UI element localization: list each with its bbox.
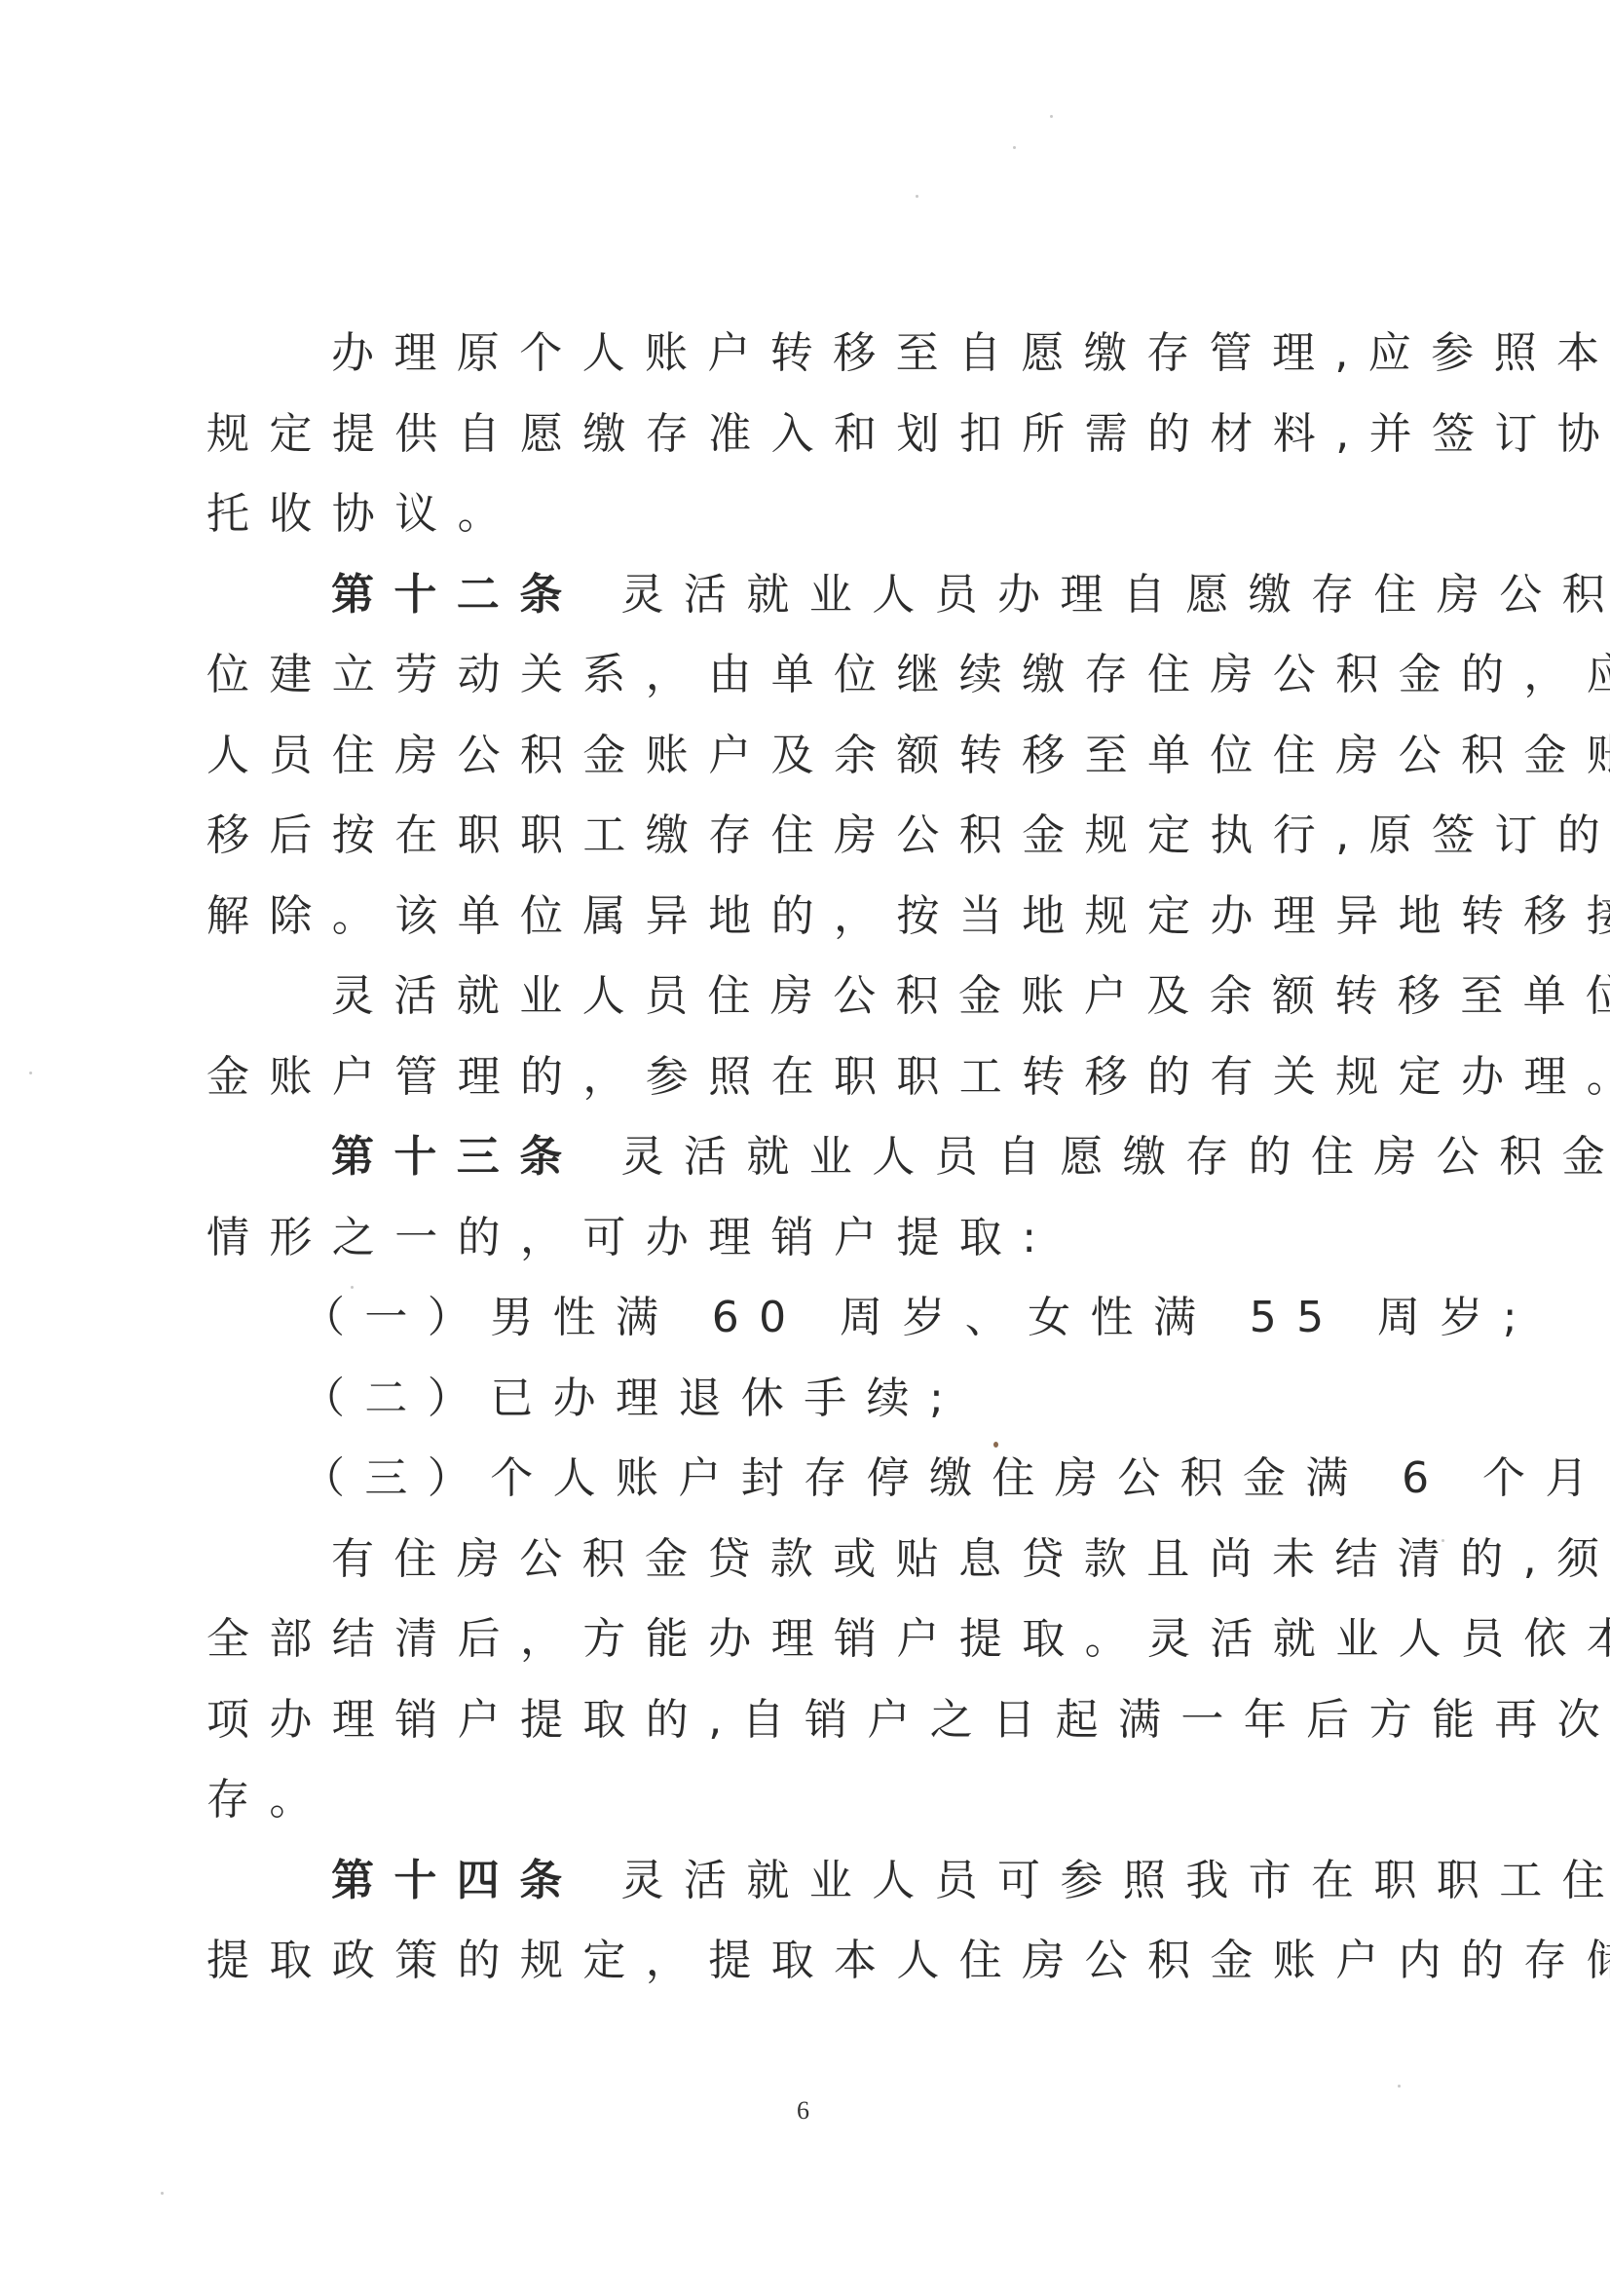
scan-speck — [916, 195, 918, 198]
line-text: 金账户管理的，参照在职职工转移的有关规定办理。 — [206, 1052, 1610, 1102]
line-text: 移后按在职职工缴存住房公积金规定执行,原签订的协议书自动 — [206, 810, 1610, 860]
line-text: 项办理销户提取的,自销户之日起满一年后方能再次申请自愿缴 — [206, 1695, 1610, 1745]
paragraph-line: 提取政策的规定，提取本人住房公积金账户内的存储余额，有住 — [206, 1937, 1404, 2017]
list-item: （一）男性满 60 周岁、女性满 55 周岁; — [206, 1294, 1404, 1374]
list-item: （二）已办理退休手续; — [206, 1374, 1404, 1455]
list-item: （三）个人账户封存停缴住房公积金满 6 个月的。 — [206, 1454, 1404, 1535]
scan-speck — [1398, 2085, 1401, 2088]
line-text: 提取政策的规定，提取本人住房公积金账户内的存储余额，有住 — [206, 1936, 1610, 1985]
line-text: 情形之一的，可办理销户提取: — [206, 1213, 1056, 1262]
line-text: （三）个人账户封存停缴住房公积金满 6 个月的。 — [302, 1453, 1610, 1503]
paragraph-line: 解除。该单位属异地的，按当地规定办理异地转移接续。 — [206, 892, 1404, 973]
scan-speck — [161, 2192, 164, 2195]
line-text: 灵活就业人员办理自愿缴存住房公积金后与单 — [621, 570, 1610, 620]
paragraph-line: 存。 — [206, 1776, 1404, 1857]
paragraph-line: 全部结清后，方能办理销户提取。灵活就业人员依本条第（三） — [206, 1615, 1404, 1696]
scan-speck — [1442, 1539, 1444, 1542]
article-heading: 第十四条 — [331, 1856, 582, 1905]
paragraph-line: 托收协议。 — [206, 490, 1404, 571]
paragraph-line: 有住房公积金贷款或贴息贷款且尚未结清的,须在贷款本息 — [206, 1535, 1404, 1616]
line-text: 人员住房公积金账户及余额转移至单位住房公积金账户管理，转 — [206, 731, 1610, 780]
paragraph-line: 位建立劳动关系，由单位继续缴存住房公积金的，应将灵活就业 — [206, 651, 1404, 732]
article-13-line: 第十三条灵活就业人员自愿缴存的住房公积金符合以下 — [206, 1133, 1404, 1214]
line-text: 办理原个人账户转移至自愿缴存管理,应参照本办法第八条 — [331, 328, 1610, 378]
article-heading: 第十三条 — [331, 1132, 582, 1182]
line-text: 有住房公积金贷款或贴息贷款且尚未结清的,须在贷款本息 — [331, 1534, 1610, 1584]
line-text: 灵活就业人员可参照我市在职职工住房公积金 — [621, 1856, 1610, 1905]
scan-speck — [1013, 146, 1016, 149]
article-heading: 第十二条 — [331, 570, 582, 620]
scan-speck — [993, 1442, 998, 1448]
paragraph-line: 金账户管理的，参照在职职工转移的有关规定办理。 — [206, 1053, 1404, 1134]
article-12-line: 第十二条灵活就业人员办理自愿缴存住房公积金后与单 — [206, 571, 1404, 652]
paragraph-line: 人员住房公积金账户及余额转移至单位住房公积金账户管理，转 — [206, 732, 1404, 812]
line-text: 托收协议。 — [206, 489, 520, 539]
paragraph-line: 办理原个人账户转移至自愿缴存管理,应参照本办法第八条 — [206, 329, 1404, 410]
article-14-line: 第十四条灵活就业人员可参照我市在职职工住房公积金 — [206, 1857, 1404, 1938]
line-text: 解除。该单位属异地的，按当地规定办理异地转移接续。 — [206, 891, 1610, 941]
paragraph-line: 移后按在职职工缴存住房公积金规定执行,原签订的协议书自动 — [206, 811, 1404, 892]
paragraph-line: 情形之一的，可办理销户提取: — [206, 1214, 1404, 1295]
scan-speck — [351, 1286, 354, 1289]
line-text: （一）男性满 60 周岁、女性满 55 周岁; — [302, 1293, 1537, 1342]
scan-speck — [29, 1072, 32, 1074]
paragraph-line: 项办理销户提取的,自销户之日起满一年后方能再次申请自愿缴 — [206, 1696, 1404, 1777]
line-text: （二）已办理退休手续; — [302, 1374, 963, 1423]
line-text: 位建立劳动关系，由单位继续缴存住房公积金的，应将灵活就业 — [206, 650, 1610, 699]
scan-speck — [1050, 115, 1053, 118]
paragraph-line: 规定提供自愿缴存准入和划扣所需的材料,并签订协议书和个人 — [206, 410, 1404, 491]
page-number: 6 — [797, 2096, 809, 2126]
line-text: 全部结清后，方能办理销户提取。灵活就业人员依本条第（三） — [206, 1614, 1610, 1664]
document-page: 办理原个人账户转移至自愿缴存管理,应参照本办法第八条 规定提供自愿缴存准入和划扣… — [0, 0, 1610, 2296]
document-body: 办理原个人账户转移至自愿缴存管理,应参照本办法第八条 规定提供自愿缴存准入和划扣… — [206, 329, 1404, 2017]
line-text: 灵活就业人员住房公积金账户及余额转移至单位住房公积 — [331, 971, 1610, 1021]
line-text: 灵活就业人员自愿缴存的住房公积金符合以下 — [621, 1132, 1610, 1182]
line-text: 存。 — [206, 1775, 332, 1825]
line-text: 规定提供自愿缴存准入和划扣所需的材料,并签订协议书和个人 — [206, 409, 1610, 459]
paragraph-line: 灵活就业人员住房公积金账户及余额转移至单位住房公积 — [206, 972, 1404, 1053]
